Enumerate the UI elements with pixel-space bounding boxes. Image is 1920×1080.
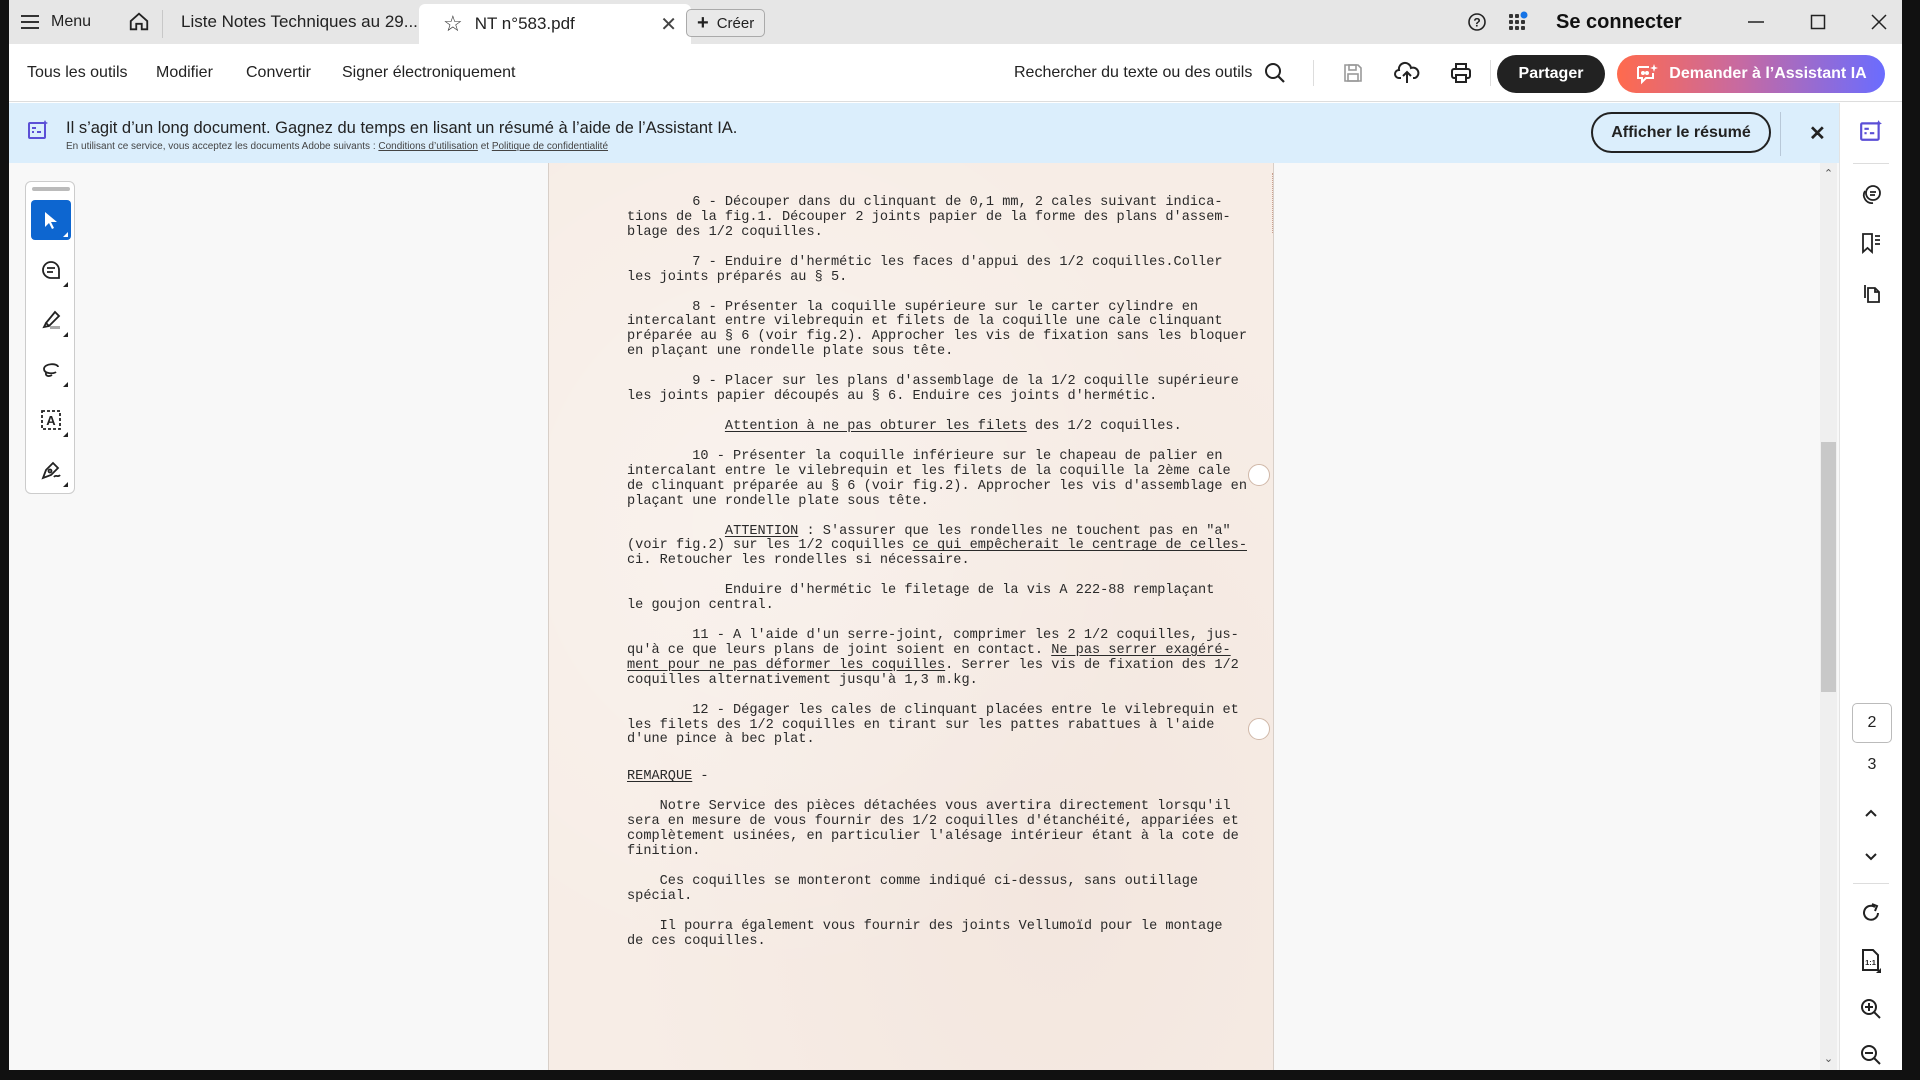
save-button[interactable] <box>1335 44 1371 102</box>
home-button[interactable] <box>119 0 159 44</box>
next-page-button[interactable] <box>1851 837 1891 877</box>
ai-chat-sparkle-icon <box>1635 63 1659 85</box>
scroll-up-arrow[interactable]: ⌃ <box>1820 165 1837 181</box>
page-fit-1-1-icon: 1:1 <box>1859 948 1883 974</box>
text-box-tool-button[interactable]: A <box>31 400 71 440</box>
share-button[interactable]: Partager <box>1497 55 1605 93</box>
apps-grid-icon <box>1507 11 1529 33</box>
menu-label: Menu <box>51 13 91 31</box>
chevron-down-icon <box>1863 849 1879 865</box>
paragraph-attention1: Attention à ne pas obturer les filets de… <box>627 420 1247 435</box>
zoom-out-button[interactable] <box>1851 1035 1891 1070</box>
star-icon[interactable]: ☆ <box>443 11 463 37</box>
paragraph-p9: 9 - Placer sur les plans d'assemblage de… <box>627 375 1247 405</box>
help-icon: ? <box>1467 12 1487 32</box>
submenu-indicator <box>63 282 68 287</box>
highlighter-pen-icon <box>40 309 62 331</box>
edit-link[interactable]: Modifier <box>156 44 213 102</box>
comment-icon <box>40 259 62 281</box>
comments-panel-button[interactable] <box>1851 175 1891 215</box>
banner-terms: En utilisant ce service, vous acceptez l… <box>66 141 608 152</box>
text-box-icon: A <box>40 409 62 431</box>
acrobat-window: Menu Liste Notes Techniques au 29... ☆ N… <box>9 0 1902 1070</box>
close-banner-icon[interactable]: ✕ <box>1809 121 1826 146</box>
ai-assistant-button[interactable]: Demander à l’Assistant IA <box>1617 55 1885 93</box>
show-summary-button[interactable]: Afficher le résumé <box>1591 112 1771 153</box>
paragraph-r3: Il pourra également vous fournir des joi… <box>627 920 1247 950</box>
submenu-indicator <box>63 432 68 437</box>
fountain-pen-sign-icon <box>40 459 62 481</box>
save-icon <box>1343 63 1363 83</box>
freehand-draw-icon <box>40 359 62 381</box>
scrollbar-thumb[interactable] <box>1821 442 1836 692</box>
print-icon <box>1450 62 1472 84</box>
paragraph-p6: 6 - Découper dans du clinquant de 0,1 mm… <box>627 196 1247 241</box>
ai-assistant-label: Demander à l’Assistant IA <box>1669 65 1866 83</box>
menu-button[interactable]: Menu <box>21 0 91 44</box>
maximize-icon <box>1810 14 1826 30</box>
upload-cloud-button[interactable] <box>1389 44 1425 102</box>
help-button[interactable]: ? <box>1467 0 1487 44</box>
paragraph-enduire: Enduire d'hermétic le filetage de la vis… <box>627 584 1247 614</box>
paragraph-r2: Ces coquilles se monteront comme indiqué… <box>627 875 1247 905</box>
page-margin-mark <box>1272 173 1274 233</box>
tab-label: NT n°583.pdf <box>475 14 575 34</box>
rail-separator <box>1853 883 1889 884</box>
scroll-down-arrow[interactable]: ⌄ <box>1820 1050 1837 1066</box>
cursor-arrow-icon <box>42 210 60 230</box>
sign-in-button[interactable]: Se connecter <box>1556 0 1682 44</box>
ai-summary-panel-button[interactable] <box>1851 111 1891 151</box>
tab-separator <box>162 10 163 38</box>
zoom-in-icon <box>1860 998 1882 1020</box>
search-tools-field[interactable]: Rechercher du texte ou des outils <box>1014 44 1286 102</box>
bookmark-list-icon <box>1859 231 1883 255</box>
chevron-up-icon <box>1863 805 1879 821</box>
paragraph-p8: 8 - Présenter la coquille supérieure sur… <box>627 301 1247 361</box>
close-icon <box>1871 14 1887 30</box>
zoom-out-icon <box>1860 1044 1882 1066</box>
terms-prefix: En utilisant ce service, vous acceptez l… <box>66 141 376 152</box>
rotate-button[interactable] <box>1851 893 1891 933</box>
paragraph-p12: 12 - Dégager les cales de clinquant plac… <box>627 704 1247 749</box>
toolbar-separator <box>1490 60 1491 86</box>
punch-hole <box>1248 718 1270 740</box>
panel-drag-handle[interactable] <box>32 187 70 191</box>
rail-separator <box>1853 163 1889 164</box>
actual-size-button[interactable]: 1:1 <box>1851 941 1891 981</box>
pages-panel-button[interactable] <box>1851 273 1891 313</box>
svg-text:1:1: 1:1 <box>1865 958 1876 967</box>
page-number-2[interactable]: 2 <box>1852 703 1892 743</box>
tab-label: Liste Notes Techniques au 29... <box>181 12 418 32</box>
paragraph-r1: Notre Service des pièces détachées vous … <box>627 800 1247 860</box>
close-tab-icon[interactable]: ✕ <box>660 12 677 37</box>
create-label: Créer <box>717 15 755 32</box>
home-icon <box>128 11 150 33</box>
document-viewer: A 6 - Découper dans du clinquant de 0,1 … <box>9 163 1839 1070</box>
ai-summary-icon <box>27 119 49 141</box>
submenu-indicator <box>63 482 68 487</box>
search-icon <box>1264 62 1286 84</box>
paragraph-p10: 10 - Présenter la coquille inférieure su… <box>627 450 1247 510</box>
page-text-content: 6 - Découper dans du clinquant de 0,1 mm… <box>627 196 1247 965</box>
draw-tool-button[interactable] <box>31 350 71 390</box>
banner-separator <box>1780 112 1781 156</box>
copy-pages-icon <box>1859 281 1883 305</box>
privacy-policy-link[interactable]: Politique de confidentialité <box>492 141 608 152</box>
right-side-rail: 2 3 1:1 <box>1839 103 1902 1070</box>
tab-nt583[interactable]: ☆ NT n°583.pdf ✕ <box>419 4 691 44</box>
banner-message: Il s’agit d’un long document. Gagnez du … <box>66 119 737 138</box>
svg-text:?: ? <box>1473 16 1480 30</box>
plus-icon: + <box>697 12 709 35</box>
paragraph-p11: 11 - A l'aide d'un serre-joint, comprime… <box>627 629 1247 689</box>
ai-summary-banner: Il s’agit d’un long document. Gagnez du … <box>9 103 1839 163</box>
title-bar: Menu Liste Notes Techniques au 29... ☆ N… <box>9 0 1902 44</box>
paragraph-attention2: ATTENTION : S'assurer que les rondelles … <box>627 525 1247 570</box>
zoom-in-button[interactable] <box>1851 989 1891 1029</box>
sign-tool-button[interactable] <box>31 450 71 490</box>
close-window-button[interactable] <box>1854 0 1902 44</box>
submenu-indicator <box>63 232 68 237</box>
terms-and: et <box>481 141 489 152</box>
print-button[interactable] <box>1443 44 1479 102</box>
minimize-icon <box>1747 13 1765 31</box>
all-tools-link[interactable]: Tous les outils <box>27 44 128 102</box>
bookmarks-panel-button[interactable] <box>1851 223 1891 263</box>
ai-summary-icon <box>1859 119 1883 143</box>
create-button[interactable]: + Créer <box>686 9 765 37</box>
previous-page-button[interactable] <box>1851 793 1891 833</box>
pdf-page: 6 - Découper dans du clinquant de 0,1 mm… <box>548 163 1274 1070</box>
comment-tool-button[interactable] <box>31 250 71 290</box>
select-tool-button[interactable] <box>31 200 71 240</box>
notification-dot <box>1521 12 1528 19</box>
cloud-upload-icon <box>1394 61 1420 85</box>
highlight-tool-button[interactable] <box>31 300 71 340</box>
svg-text:A: A <box>46 413 56 428</box>
vertical-scrollbar[interactable]: ⌃ ⌄ <box>1820 163 1837 1070</box>
apps-button[interactable] <box>1507 0 1529 44</box>
tab-liste-notes[interactable]: Liste Notes Techniques au 29... <box>171 0 421 44</box>
terms-of-use-link[interactable]: Conditions d’utilisation <box>378 141 478 152</box>
convert-link[interactable]: Convertir <box>246 44 311 102</box>
main-toolbar: Tous les outils Modifier Convertir Signe… <box>9 44 1902 102</box>
submenu-indicator <box>63 382 68 387</box>
paragraph-remarque: REMARQUE - <box>627 770 1247 785</box>
punch-hole <box>1248 464 1270 486</box>
esign-link[interactable]: Signer électroniquement <box>342 44 515 102</box>
hamburger-icon <box>21 15 39 29</box>
submenu-indicator <box>63 332 68 337</box>
rotate-icon <box>1859 901 1883 925</box>
search-placeholder: Rechercher du texte ou des outils <box>1014 64 1252 82</box>
toolbar-separator <box>1313 60 1314 86</box>
comments-icon <box>1859 183 1883 207</box>
page-number-3[interactable]: 3 <box>1852 745 1892 785</box>
minimize-button[interactable] <box>1731 0 1781 44</box>
quick-tools-panel: A <box>25 181 75 494</box>
maximize-button[interactable] <box>1793 0 1843 44</box>
paragraph-p7: 7 - Enduire d'hermétic les faces d'appui… <box>627 256 1247 286</box>
